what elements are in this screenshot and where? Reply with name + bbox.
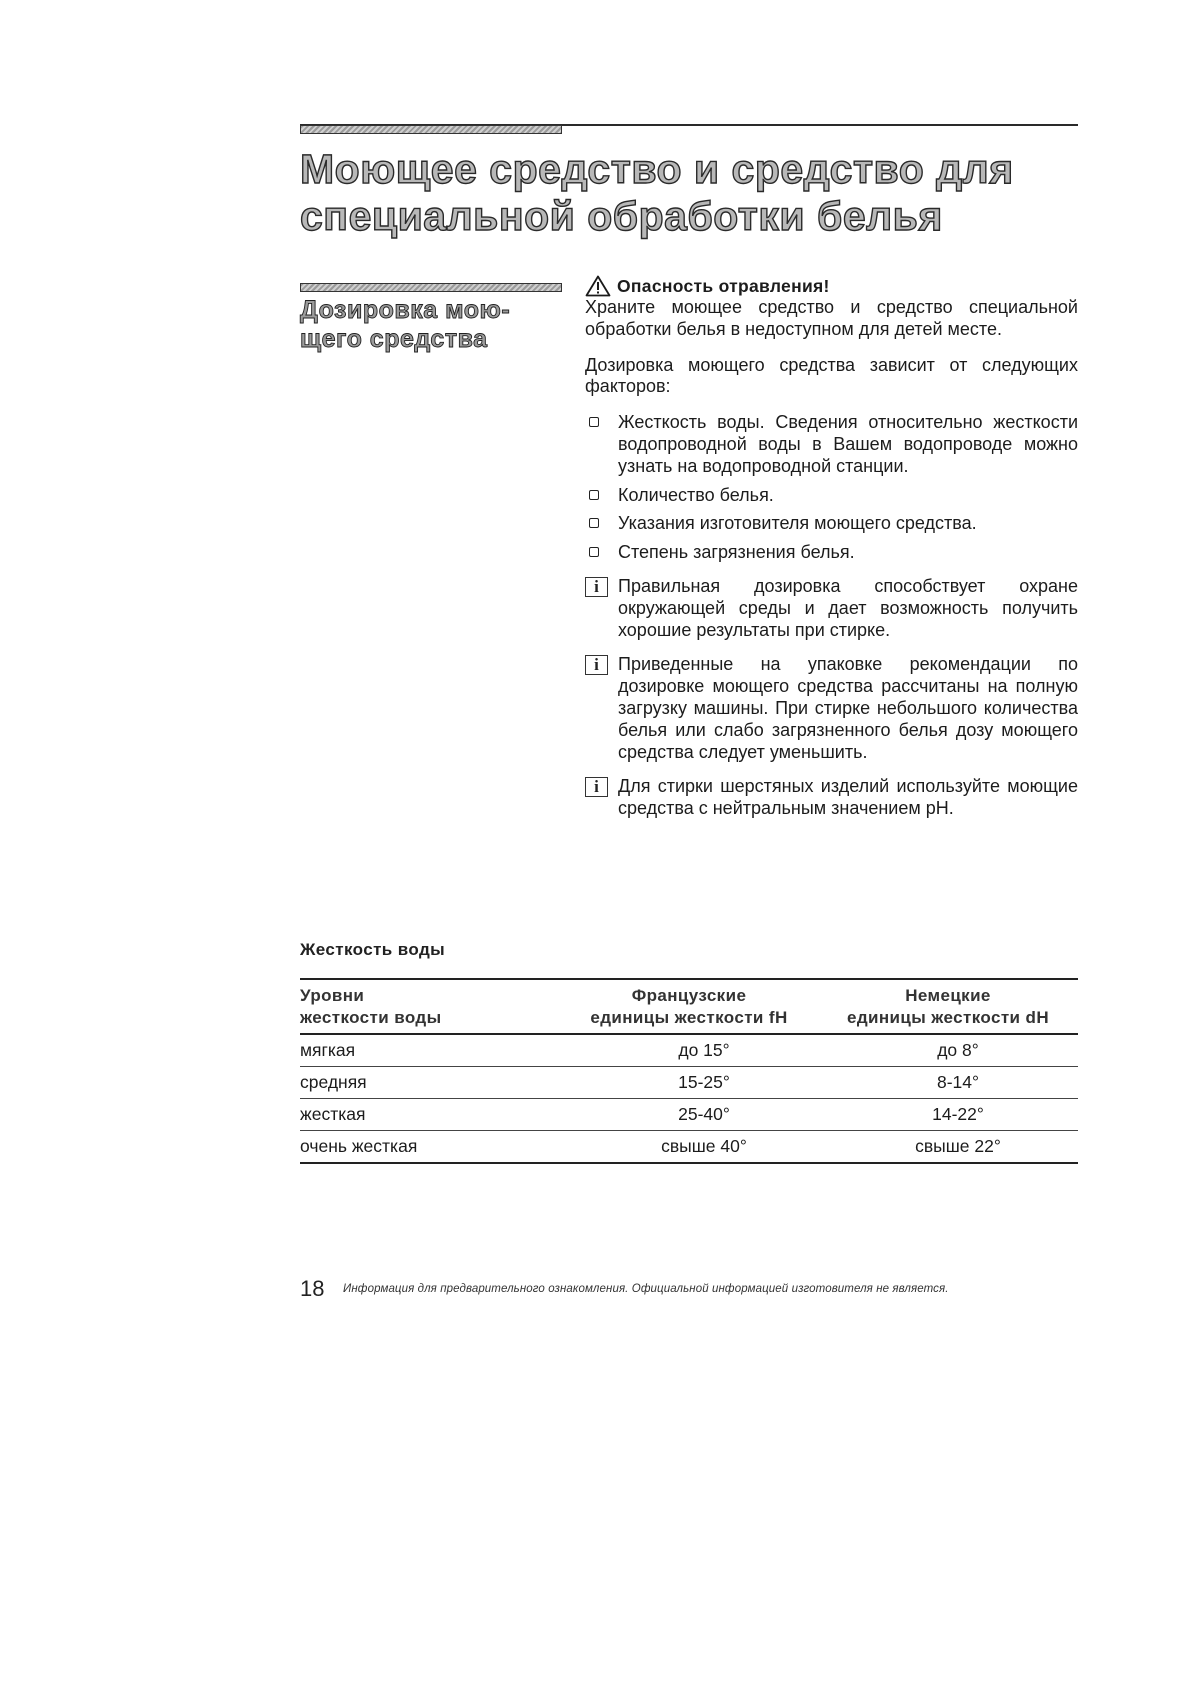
section-heading: Дозировка мою- щего средства [300,296,550,354]
table-row: средняя 15-25° 8-14° [300,1067,1078,1099]
water-hardness-table: Уровнижесткости воды Французскиеединицы … [300,978,1078,1164]
cell-fh: 15-25° [560,1067,818,1099]
page-title-line-2: специальной обработки белья [300,193,943,239]
info-note: i Правильная дозировка способствует охра… [585,576,1078,641]
list-item: Жесткость воды. Сведения относительно же… [585,412,1078,477]
info-note: i Для стирки шерстяных изделий используй… [585,776,1078,820]
info-note-text: Для стирки шерстяных изделий используйте… [618,776,1078,818]
cell-fh: свыше 40° [560,1131,818,1164]
cell-level: жесткая [300,1099,560,1131]
cell-dh: 8-14° [818,1067,1078,1099]
header-hardness-level: Уровнижесткости воды [300,979,560,1034]
list-item: Количество белья. [585,485,1078,507]
list-item: Степень загрязнения белья. [585,542,1078,564]
cell-fh: 25-40° [560,1099,818,1131]
warning-triangle-icon [585,275,611,297]
table-row: мягкая до 15° до 8° [300,1034,1078,1067]
section-hatched-bar [300,283,562,292]
factor-text: Степень загрязнения белья. [618,542,855,562]
info-note-text: Приведенные на упаковке рекомендации по … [618,654,1078,761]
warning-text: Храните моющее средство и средство специ… [585,297,1078,341]
checkbox-bullet-icon [589,490,599,500]
page-title-line-1: Моющее средство и средство для [300,146,1014,192]
factor-list: Жесткость воды. Сведения относительно же… [585,412,1078,564]
cell-level: средняя [300,1067,560,1099]
table-row: жесткая 25-40° 14-22° [300,1099,1078,1131]
factor-text: Жесткость воды. Сведения относительно же… [618,412,1078,476]
top-hatched-bar [300,125,562,134]
checkbox-bullet-icon [589,417,599,427]
table-row: очень жесткая свыше 40° свыше 22° [300,1131,1078,1164]
list-item: Указания изготовителя моющего средства. [585,513,1078,535]
cell-dh: 14-22° [818,1099,1078,1131]
factor-text: Указания изготовителя моющего средства. [618,513,977,533]
header-french-units: Французскиеединицы жесткости fH [560,979,818,1034]
warning-title: Опасность отравления! [617,275,830,297]
cell-dh: свыше 22° [818,1131,1078,1164]
checkbox-bullet-icon [589,518,599,528]
intro-text: Дозировка моющего средства зависит от сл… [585,355,1078,399]
checkbox-bullet-icon [589,547,599,557]
cell-dh: до 8° [818,1034,1078,1067]
warning-heading: Опасность отравления! [585,275,1078,297]
manual-page: Моющее средство и средство для специальн… [0,0,1198,1684]
page-title: Моющее средство и средство для специальн… [300,146,1090,240]
footer-disclaimer: Информация для предварительного ознакомл… [343,1283,949,1295]
info-note: i Приведенные на упаковке рекомендации п… [585,654,1078,763]
content-column: Опасность отравления! Храните моющее сре… [585,275,1078,833]
header-german-units: Немецкиеединицы жесткости dH [818,979,1078,1034]
info-note-text: Правильная дозировка способствует охране… [618,576,1078,640]
section-heading-line-1: Дозировка мою- [300,296,510,324]
factor-text: Количество белья. [618,485,774,505]
cell-fh: до 15° [560,1034,818,1067]
cell-level: мягкая [300,1034,560,1067]
section-heading-line-2: щего средства [300,325,488,353]
info-icon: i [585,655,608,675]
table-caption: Жесткость воды [300,940,445,960]
info-icon: i [585,577,608,597]
table-header-row: Уровнижесткости воды Французскиеединицы … [300,979,1078,1034]
cell-level: очень жесткая [300,1131,560,1164]
info-icon: i [585,777,608,797]
page-number: 18 [300,1276,324,1302]
